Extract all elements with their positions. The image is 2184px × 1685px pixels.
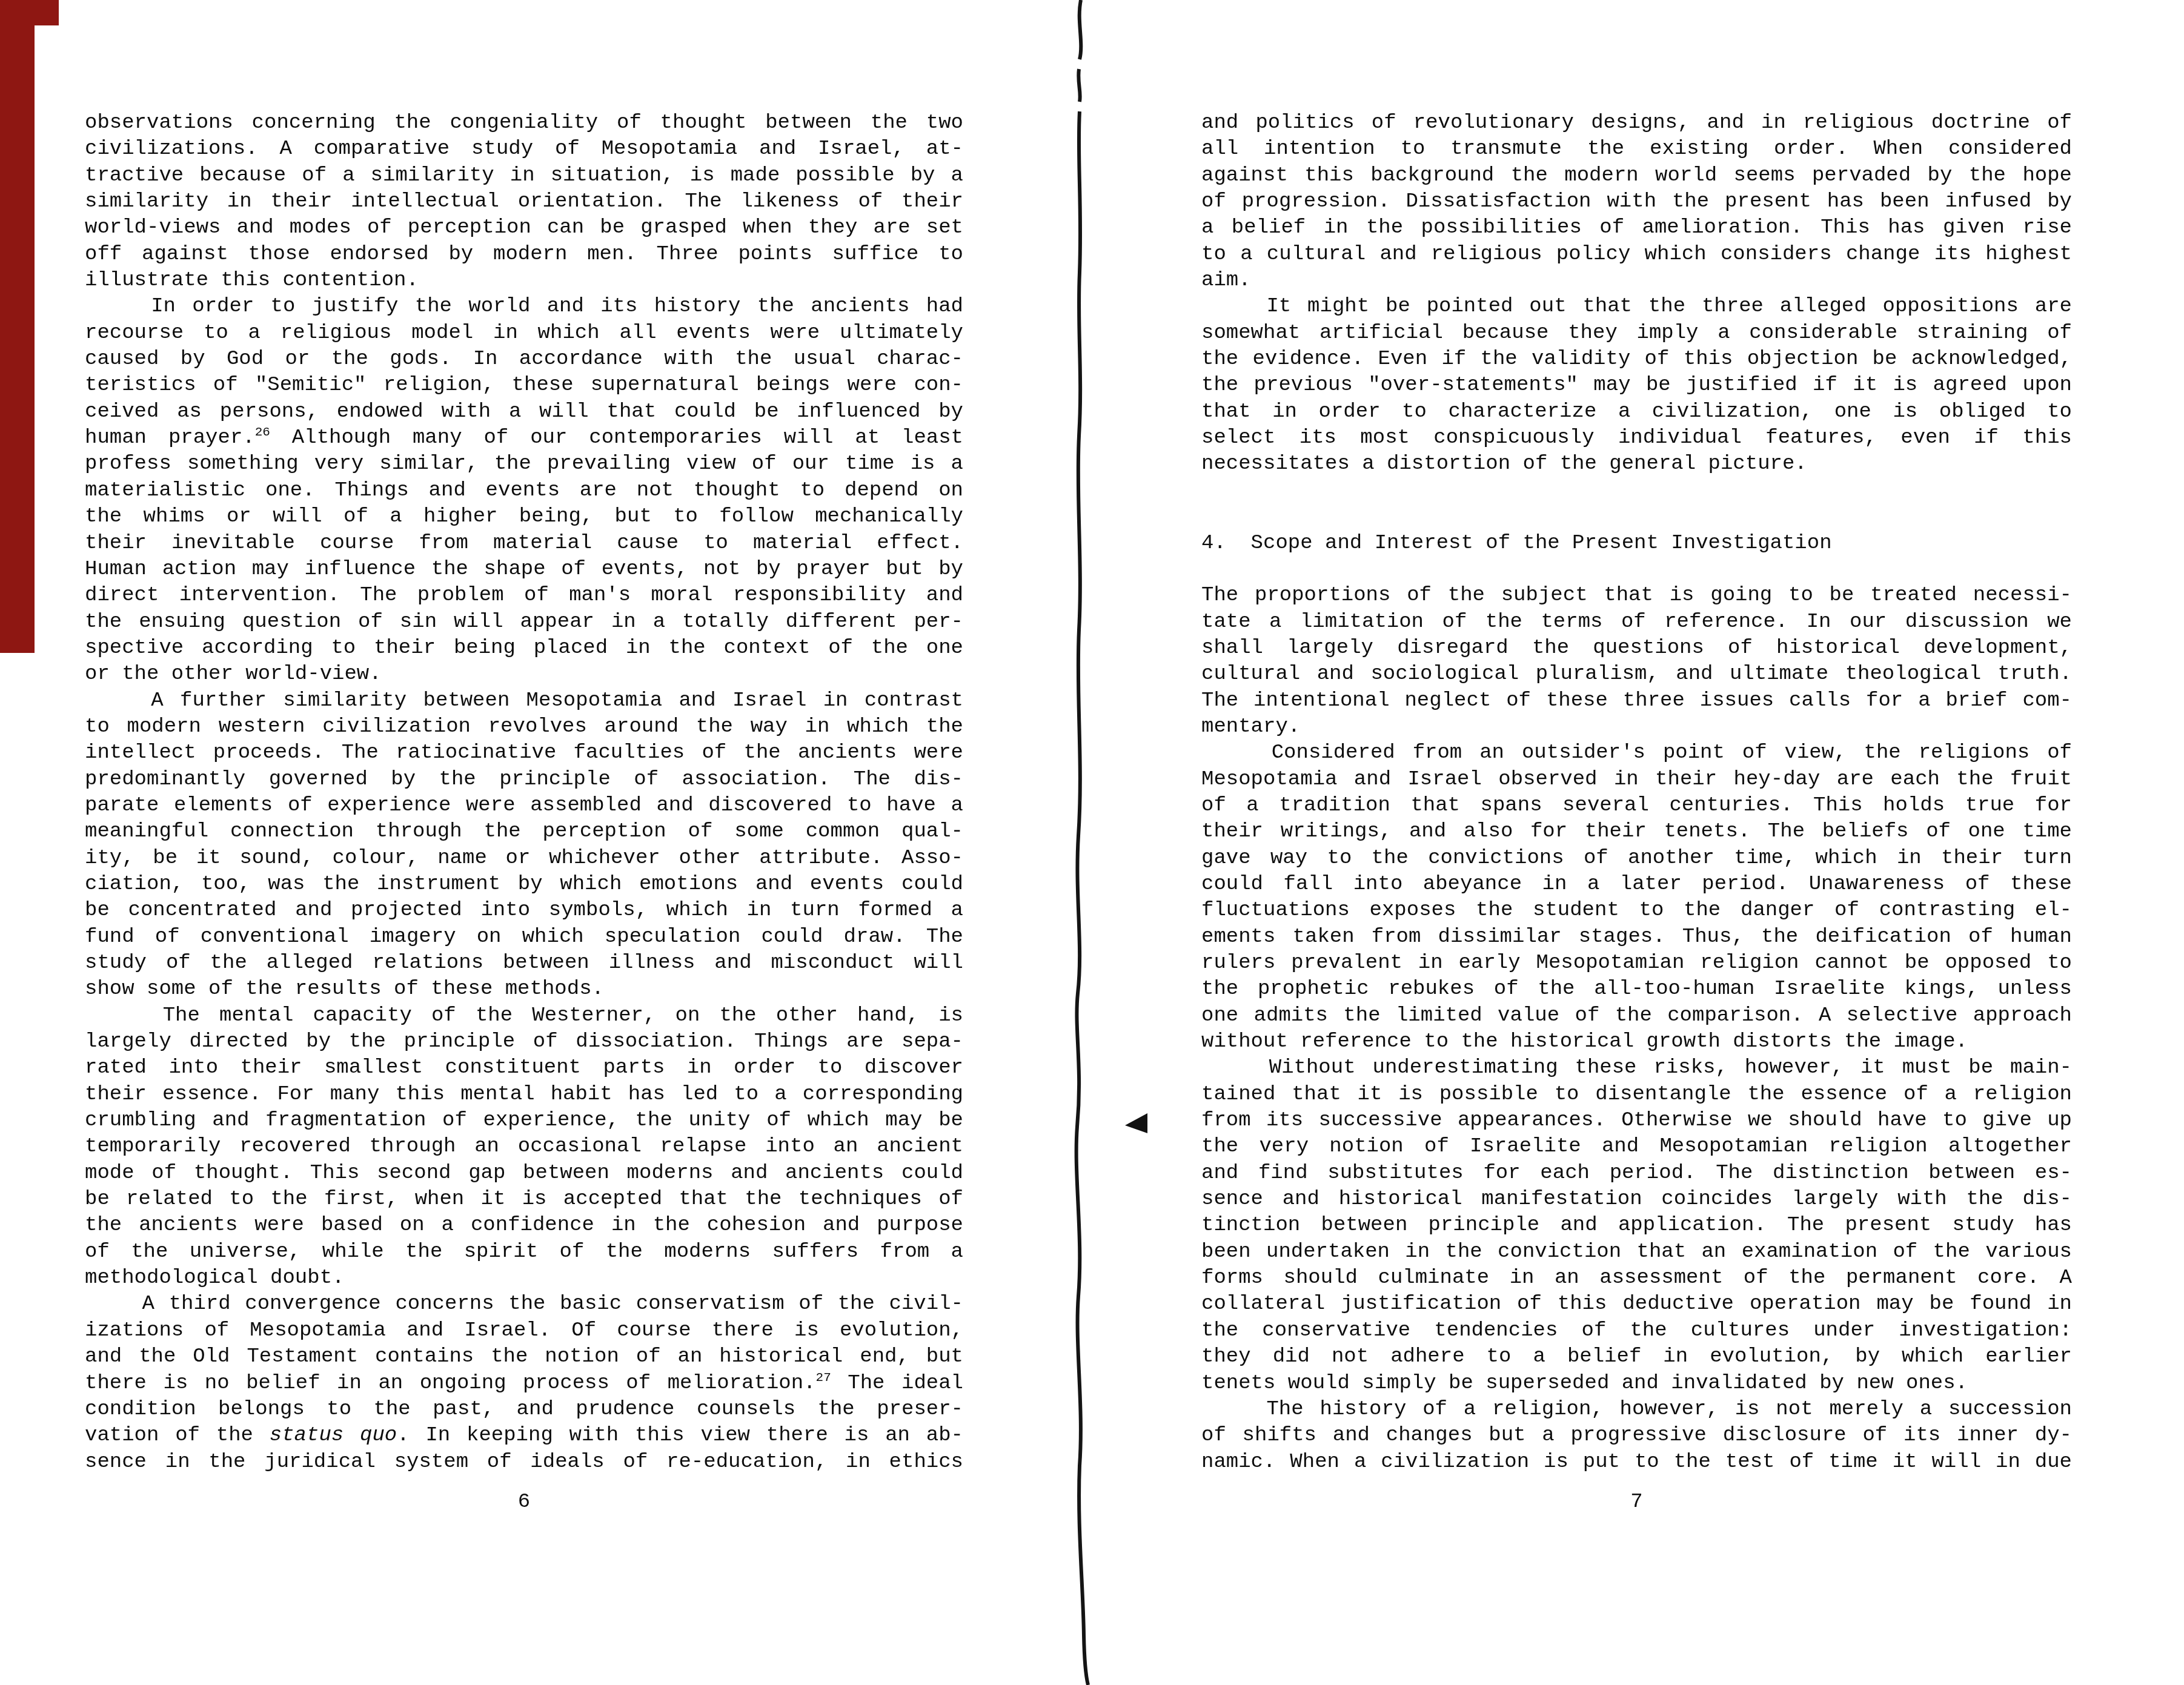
book-spread: observations concerning the congeniality… (0, 0, 2184, 1685)
gutter-line-3 (1077, 111, 1088, 1685)
margin-triangle-mark (1125, 1113, 1147, 1133)
gutter-line-2 (1078, 69, 1080, 102)
scan-overlay (0, 0, 2184, 1685)
gutter-line (1080, 0, 1081, 59)
